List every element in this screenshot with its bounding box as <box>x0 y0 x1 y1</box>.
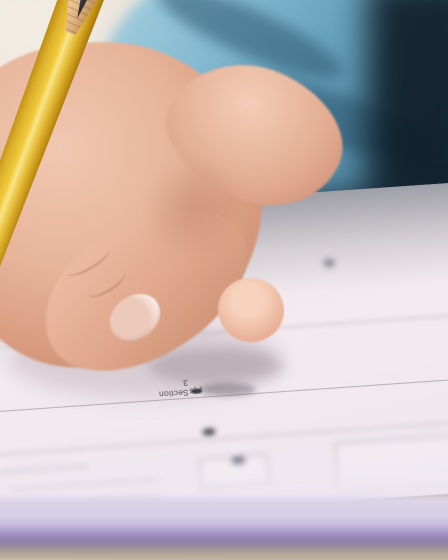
pencil-tip-shadow <box>200 383 256 396</box>
bubble-row: (c) <box>215 425 216 439</box>
finger-shadow <box>148 348 284 384</box>
paper-stack-edge <box>0 497 448 560</box>
photo-scene: (a)(b)(c)(d) (a)(b)(c)(d) (a)(b)(c)(d) (… <box>0 0 448 560</box>
option-label: (d) <box>434 368 448 379</box>
